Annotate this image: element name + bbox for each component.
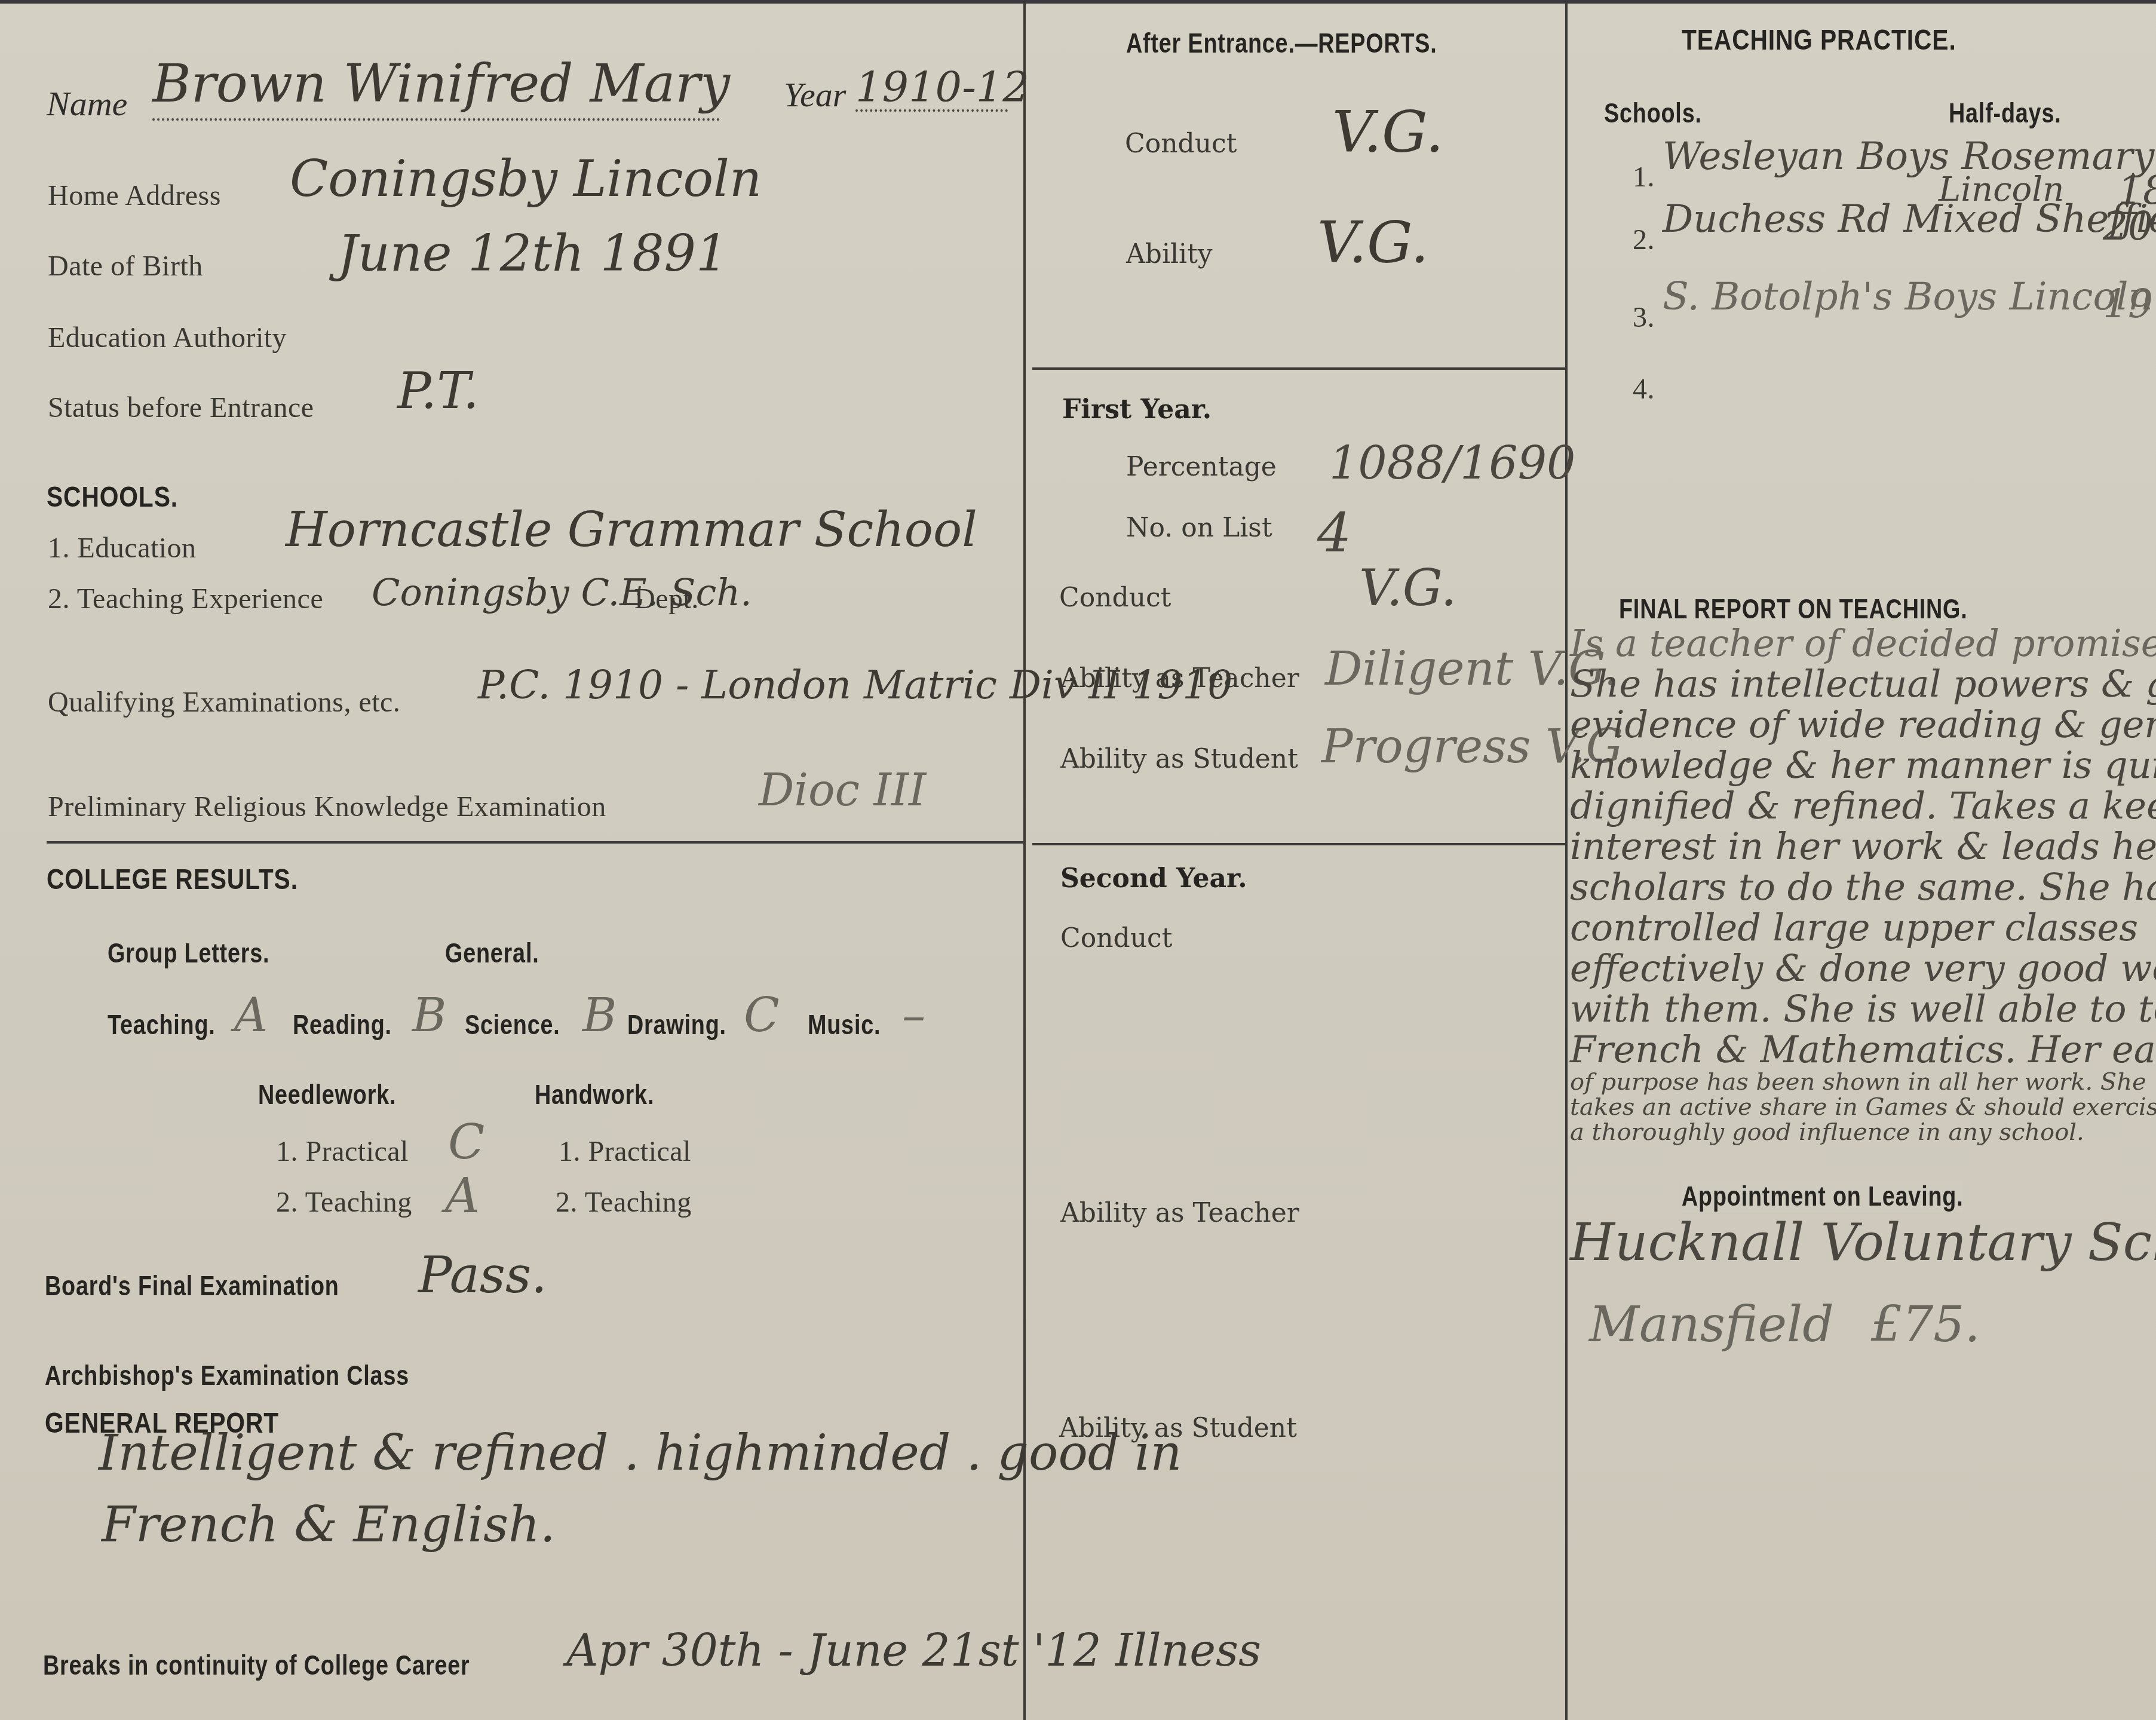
final-report-line: of purpose has been shown in all her wor…	[1570, 1068, 2146, 1096]
percentage-label: Percentage	[1126, 452, 1277, 482]
final-report-line: dignified & refined. Takes a keen	[1570, 784, 2156, 827]
first-year-teacher-label: Ability as Teacher	[1060, 663, 1299, 694]
subject-label: Music.	[808, 1008, 881, 1041]
general-report-line-2: French & English.	[102, 1497, 556, 1553]
year-label: Year	[784, 75, 846, 115]
appointment-line-1: Hucknall Voluntary School	[1570, 1213, 2156, 1273]
handwork-teaching-label: 2. Teaching	[556, 1186, 692, 1219]
tp-row-number: 1.	[1633, 161, 1655, 194]
education-school-label: 1. Education	[48, 532, 197, 565]
religious-exam-value: Dioc III	[759, 765, 926, 816]
after-entrance-ability-label: Ability	[1126, 239, 1213, 269]
tp-halfdays: 19	[2103, 281, 2153, 327]
tp-row-number: 2.	[1633, 223, 1655, 256]
subject-label: Teaching.	[108, 1008, 216, 1041]
tp-halfdays: 20	[2103, 203, 2153, 249]
subject-label: Science.	[465, 1008, 560, 1041]
archbishop-label: Archbishop's Examination Class	[45, 1359, 409, 1391]
name-label: Name	[47, 84, 127, 124]
dob-label: Date of Birth	[48, 250, 203, 283]
subject-grade: –	[902, 989, 925, 1043]
home-address-label: Home Address	[48, 179, 221, 212]
education-school-value: Horncastle Grammar School	[286, 502, 977, 557]
subject-label: Drawing.	[627, 1008, 726, 1041]
card-top-edge	[0, 0, 2156, 4]
no-on-list-value: 4	[1317, 502, 1351, 565]
rule-middle-second-year	[1032, 843, 1565, 845]
qualifying-exams-label: Qualifying Examinations, etc.	[48, 686, 400, 719]
final-report-line: scholars to do the same. She has	[1570, 865, 2156, 909]
needlework-label: Needlework.	[258, 1078, 396, 1111]
tp-row-number: 4.	[1633, 373, 1655, 406]
boards-final-label: Board's Final Examination	[45, 1270, 339, 1302]
final-report-line: effectively & done very good work	[1570, 946, 2156, 990]
education-authority-label: Education Authority	[48, 321, 287, 354]
needlework-practical-grade: C	[448, 1114, 484, 1170]
subject-grade: B	[412, 989, 446, 1043]
tp-schools-label: Schools.	[1604, 97, 1702, 129]
breaks-label: Breaks in continuity of College Career	[43, 1649, 470, 1681]
subject-label: Reading.	[293, 1008, 392, 1041]
religious-exam-label: Preliminary Religious Knowledge Examinat…	[48, 790, 606, 823]
teaching-practice-heading: TEACHING PRACTICE.	[1682, 24, 1956, 57]
tp-school: S. Botolph's Boys Lincoln	[1663, 275, 2153, 319]
year-value: 1910-12	[855, 63, 1008, 112]
home-address-value: Coningsby Lincoln	[290, 149, 762, 208]
final-report-line: with them. She is well able to teach	[1570, 987, 2156, 1031]
second-year-conduct-label: Conduct	[1060, 923, 1172, 953]
subject-grade: B	[582, 989, 617, 1043]
teaching-experience-suffix: Dept.	[634, 582, 699, 615]
appointment-label: Appointment on Leaving.	[1682, 1180, 1963, 1212]
tp-school: Wesleyan Boys Rosemary Lane	[1663, 134, 2156, 179]
dob-value: June 12th 1891	[338, 224, 728, 283]
final-report-line: a thoroughly good influence in any schoo…	[1570, 1118, 2084, 1146]
rule-middle-first-year	[1032, 367, 1565, 370]
second-year-teacher-label: Ability as Teacher	[1060, 1198, 1299, 1228]
status-label: Status before Entrance	[48, 391, 314, 424]
general-label: General.	[445, 937, 539, 969]
subject-grade: C	[744, 989, 780, 1043]
final-report-line: takes an active share in Games & should …	[1570, 1093, 2156, 1121]
appointment-line-2: Mansfield	[1589, 1296, 1834, 1353]
status-value: P.T.	[397, 361, 479, 420]
final-report-line: Is a teacher of decided promise.	[1570, 621, 2156, 665]
schools-heading: SCHOOLS.	[47, 481, 178, 514]
after-entrance-ability-value: V.G.	[1317, 209, 1429, 276]
final-report-heading: FINAL REPORT ON TEACHING.	[1619, 593, 1968, 625]
final-report-line: French & Mathematics. Her earnestness	[1570, 1028, 2156, 1071]
breaks-value: Apr 30th - June 21st '12 Illness	[566, 1625, 1261, 1676]
final-report-line: She has intellectual powers & gives	[1570, 662, 2156, 706]
second-year-student-label: Ability as Student	[1059, 1413, 1297, 1443]
first-year-conduct-label: Conduct	[1059, 582, 1171, 613]
percentage-value: 1088/1690	[1329, 436, 1575, 489]
after-entrance-heading: After Entrance.—REPORTS.	[1126, 27, 1437, 59]
divider-middle-right	[1565, 0, 1568, 1720]
general-report-line-1: Intelligent & refined . highminded . goo…	[99, 1425, 1182, 1482]
needlework-teaching-label: 2. Teaching	[276, 1186, 412, 1219]
needlework-teaching-grade: A	[445, 1168, 480, 1224]
name-value: Brown Winifred Mary	[152, 53, 720, 121]
record-card: Name Brown Winifred Mary Year 1910-12 Ho…	[0, 0, 2156, 1720]
appointment-salary: £75.	[1871, 1296, 1980, 1353]
first-year-heading: First Year.	[1062, 394, 1212, 425]
final-report-line: knowledge & her manner is quiet	[1570, 743, 2156, 787]
teaching-experience-label: 2. Teaching Experience	[48, 582, 323, 615]
college-results-heading: COLLEGE RESULTS.	[47, 863, 298, 896]
first-year-conduct-value: V.G.	[1359, 559, 1457, 617]
group-letters-label: Group Letters.	[108, 937, 269, 969]
needlework-practical-label: 1. Practical	[276, 1135, 409, 1168]
boards-final-value: Pass.	[418, 1246, 547, 1304]
no-on-list-label: No. on List	[1126, 513, 1272, 543]
first-year-student-label: Ability as Student	[1060, 744, 1298, 774]
handwork-label: Handwork.	[535, 1078, 654, 1111]
tp-halfdays-label: Half-days.	[1949, 97, 2061, 129]
handwork-practical-label: 1. Practical	[559, 1135, 691, 1168]
tp-row-number: 3.	[1633, 301, 1655, 334]
tp-school: Duchess Rd Mixed Sheffield	[1663, 197, 2156, 241]
after-entrance-conduct-value: V.G.	[1332, 99, 1444, 165]
subject-grade: A	[234, 989, 268, 1043]
after-entrance-conduct-label: Conduct	[1125, 128, 1237, 159]
second-year-heading: Second Year.	[1060, 863, 1247, 894]
final-report-line: controlled large upper classes	[1570, 906, 2138, 949]
rule-left-college-results	[47, 841, 1023, 844]
final-report-line: evidence of wide reading & general	[1570, 703, 2156, 746]
final-report-line: interest in her work & leads her	[1570, 824, 2156, 868]
